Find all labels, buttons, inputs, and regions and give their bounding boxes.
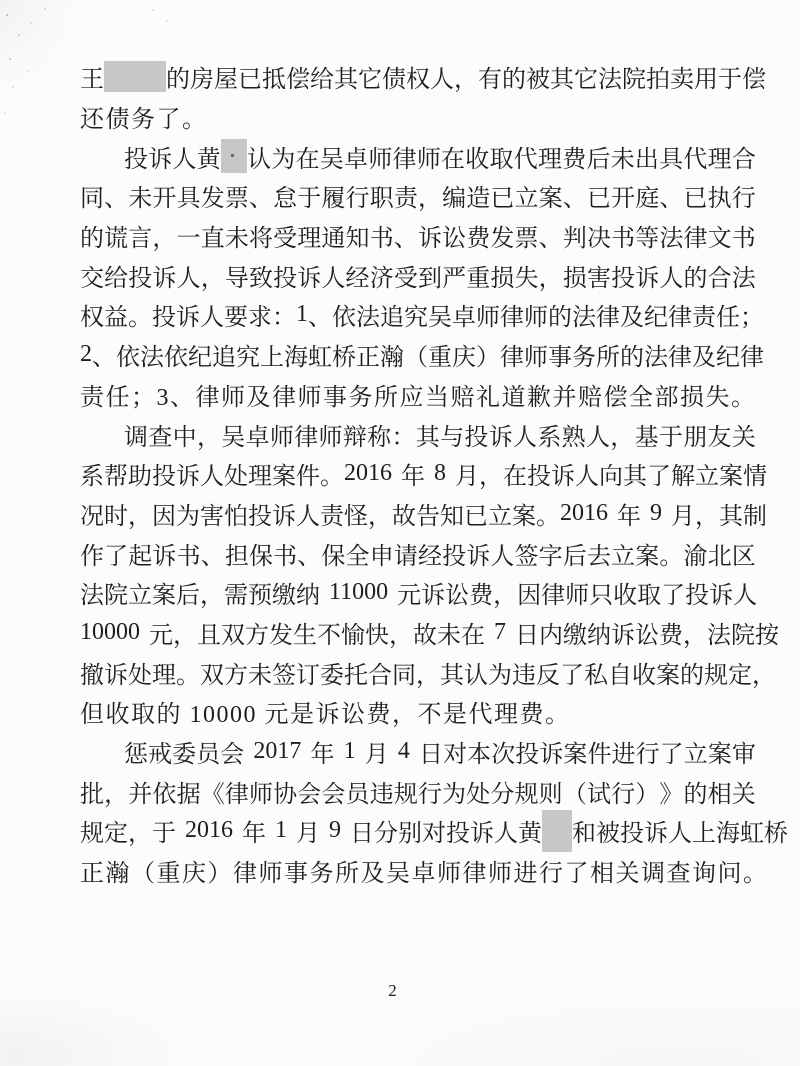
- text-line: 撤诉处理。双方未签订委托合同，其认为违反了私自收案的规定，: [80, 652, 756, 692]
- redaction-box: [542, 810, 572, 852]
- document-page: 王的房屋已抵偿给其它债权人，有的被其它法院拍卖用于偿还债务了。投诉人黄认为在吴卓…: [0, 0, 800, 1066]
- document-body: 王的房屋已抵偿给其它债权人，有的被其它法院拍卖用于偿还债务了。投诉人黄认为在吴卓…: [80, 57, 756, 890]
- text-line: 惩戒委员会2017年1月4日对本次投诉案件进行了立案审: [80, 732, 756, 772]
- text-line: 况时，因为害怕投诉人责怪，故告知已立案。2016年9月，其制: [80, 494, 756, 534]
- text-line: 规定，于2016年1月9日分别对投诉人黄和被投诉人上海虹桥: [80, 811, 756, 851]
- text-line: 10000元，且双方发生不愉快，故未在7日内缴纳诉讼费，法院按: [80, 613, 756, 653]
- text-line: 系帮助投诉人处理案件。2016年8月，在投诉人向其了解立案情: [80, 454, 756, 494]
- text-line: 权益。投诉人要求：1、依法追究吴卓师律师的法律及纪律责任；: [80, 295, 756, 335]
- text-line: 投诉人黄认为在吴卓师律师在收取代理费后未出具代理合: [80, 136, 756, 176]
- text-line: 的谎言，一直未将受理通知书、诉讼费发票、判决书等法律文书: [80, 216, 756, 256]
- text-line: 王的房屋已抵偿给其它债权人，有的被其它法院拍卖用于偿: [80, 57, 756, 97]
- text-line: 责任；3、律师及律师事务所应当赔礼道歉并赔偿全部损失。: [80, 375, 756, 415]
- text-line: 批，并依据《律师协会会员违规行为处分规则（试行）》的相关: [80, 771, 756, 811]
- text-line: 同、未开具发票、怠于履行职责，编造已立案、已开庭、已执行: [80, 176, 756, 216]
- text-line: 正瀚（重庆）律师事务所及吴卓师律师进行了相关调查询问。: [80, 851, 756, 891]
- redaction-box: [221, 139, 247, 173]
- text-line: 但收取的 10000 元是诉讼费，不是代理费。: [80, 692, 756, 732]
- text-line: 2、依法依纪追究上海虹桥正瀚（重庆）律师事务所的法律及纪律: [80, 335, 756, 375]
- page-number: 2: [0, 981, 786, 1001]
- scanner-noise: [0, 0, 2, 2]
- text-line: 还债务了。: [80, 97, 756, 137]
- text-line: 交给投诉人，导致投诉人经济受到严重损失，损害投诉人的合法: [80, 255, 756, 295]
- redaction-box: [104, 61, 166, 92]
- text-line: 调查中，吴卓师律师辩称：其与投诉人系熟人，基于朋友关: [80, 414, 756, 454]
- text-line: 作了起诉书、担保书、保全申请经投诉人签字后去立案。渝北区: [80, 533, 756, 573]
- text-line: 法院立案后，需预缴纳11000元诉讼费，因律师只收取了投诉人: [80, 573, 756, 613]
